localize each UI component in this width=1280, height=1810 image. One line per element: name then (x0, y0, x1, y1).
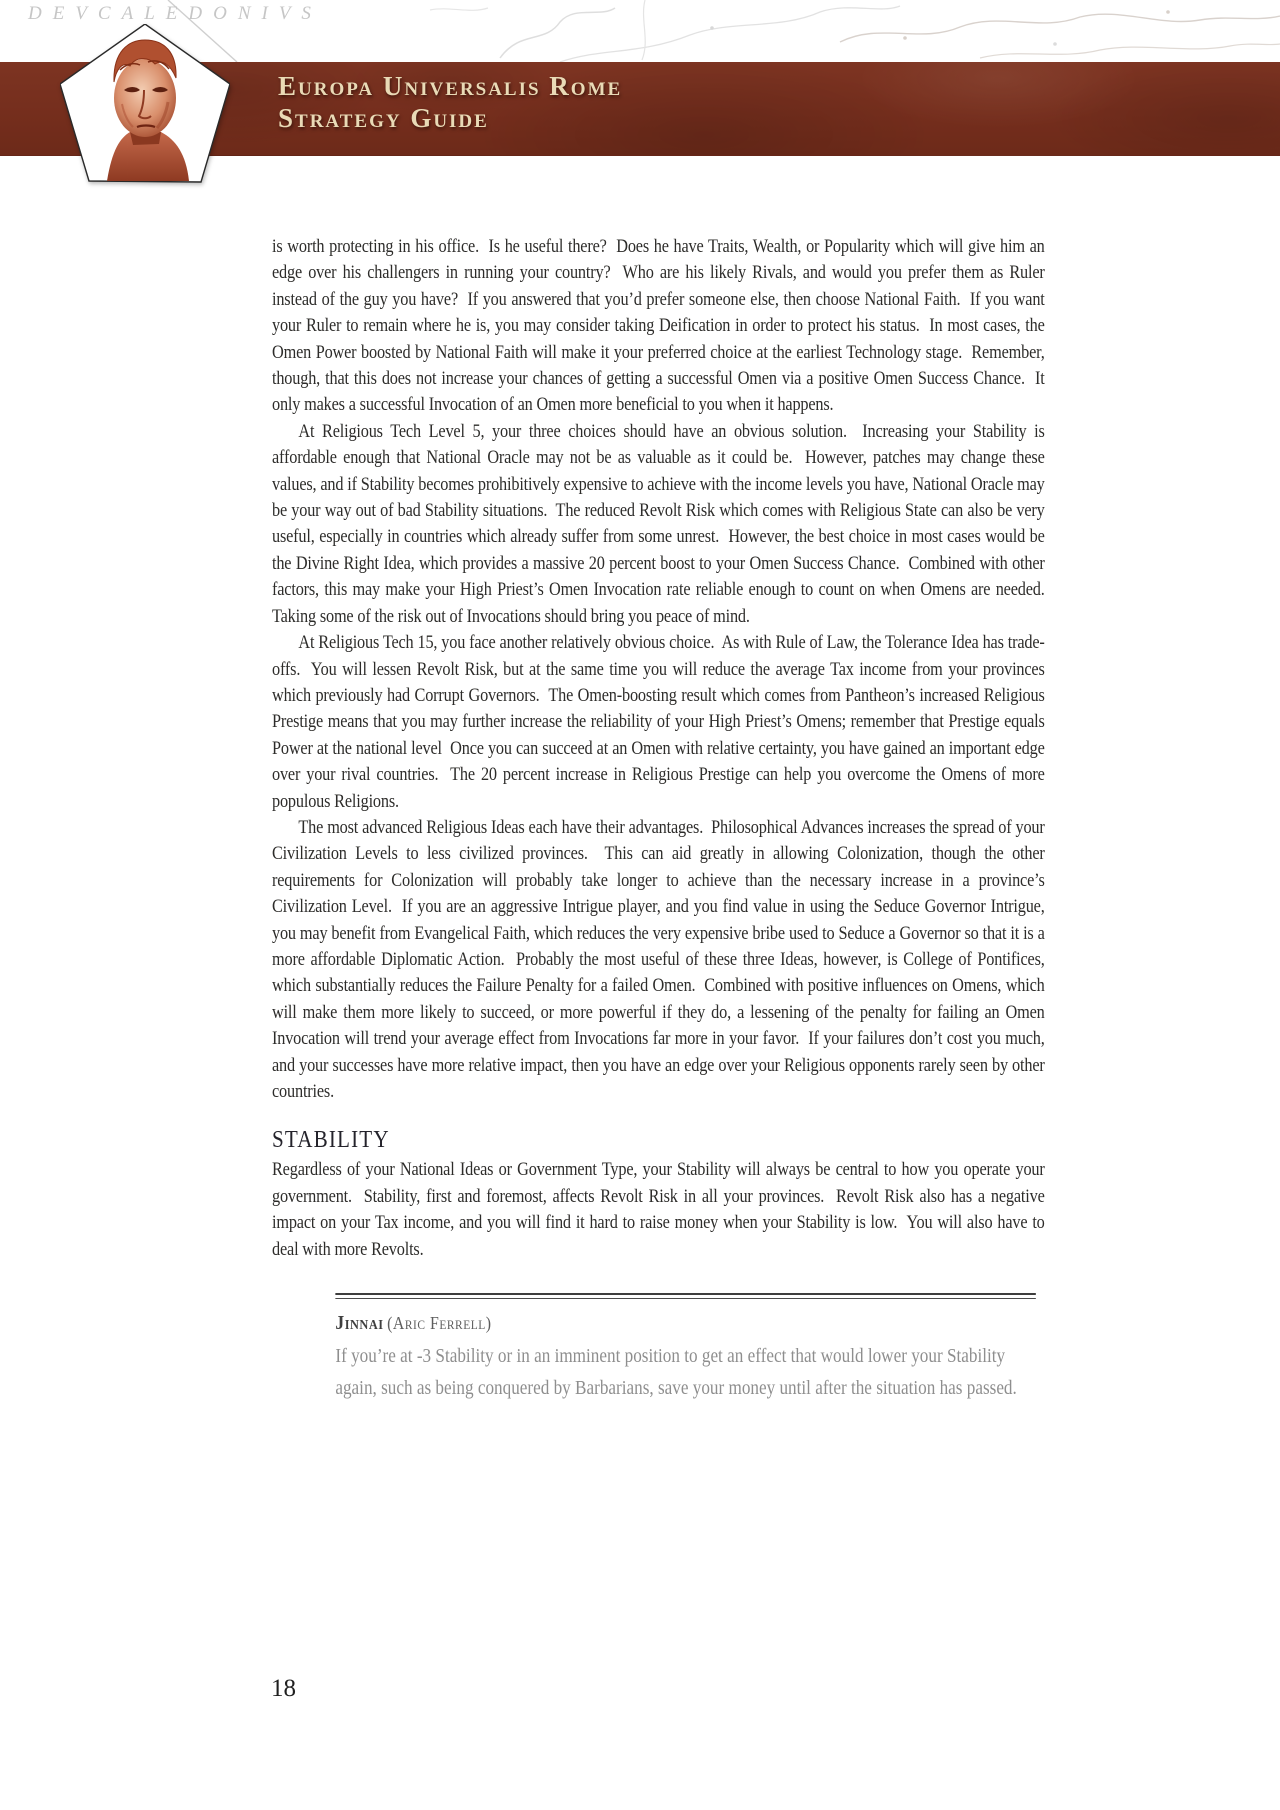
strategy-guide-page: { "theme": { "band_color": "#752e1d", "t… (0, 0, 1280, 1810)
body-paragraph: At Religious Tech Level 5, your three ch… (272, 419, 1045, 630)
section-heading-stability: STABILITY (272, 1127, 1045, 1154)
page-number: 18 (271, 1675, 296, 1703)
quote-header: Jinnai (Aric Ferrell) (335, 1312, 1035, 1335)
quote-attribution: (Aric Ferrell) (387, 1313, 491, 1333)
article-body: is worth protecting in his office. Is he… (272, 234, 1045, 1405)
body-paragraph: Regardless of your National Ideas or Gov… (272, 1157, 1045, 1263)
body-paragraph: The most advanced Religious Ideas each h… (272, 815, 1045, 1105)
body-paragraph: is worth protecting in his office. Is he… (272, 234, 1045, 419)
guide-title: Europa Universalis Rome Strategy Guide (278, 70, 622, 134)
quote-author: Jinnai (335, 1312, 383, 1334)
map-label: DEVCALEDONIVS (28, 3, 322, 25)
guide-title-line2: Strategy Guide (278, 102, 622, 134)
tip-quote-box: Jinnai (Aric Ferrell) If you’re at -3 St… (335, 1293, 1035, 1405)
roman-bust-emblem-icon (60, 24, 230, 186)
quote-text: If you’re at -3 Stability or in an immin… (335, 1341, 1035, 1405)
page-header: DEVCALEDONIVS Europa Universalis Rome (0, 0, 1280, 240)
quote-divider-rule (335, 1293, 1035, 1299)
guide-title-line1: Europa Universalis Rome (278, 70, 622, 102)
body-paragraph: At Religious Tech 15, you face another r… (272, 630, 1045, 815)
